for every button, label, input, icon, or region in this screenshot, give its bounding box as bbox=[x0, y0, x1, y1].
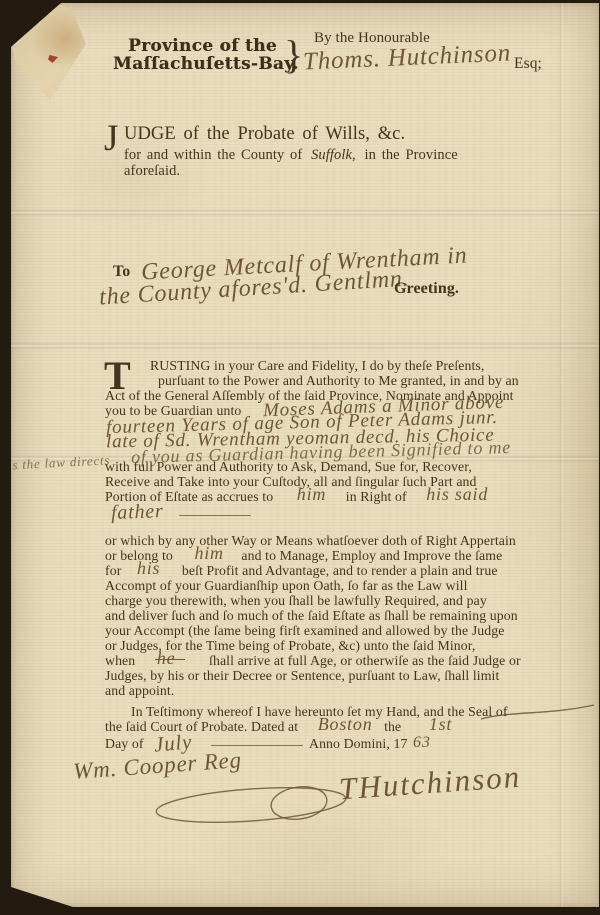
body2-line3-post: beſt Profit and Advantage, and to render… bbox=[182, 563, 498, 578]
county-name: Suffolk, bbox=[311, 147, 356, 163]
body2-line4: Accompt of your Guardianſhip upon Oath, … bbox=[105, 578, 468, 594]
to-label: To bbox=[113, 263, 130, 281]
testimony-line3-pre: Day of bbox=[105, 736, 144, 752]
province-line2: Maſſachuſetts-Bay. bbox=[113, 54, 299, 74]
fold-crease bbox=[11, 209, 599, 216]
body2-line9: when he ſhall arrive at full Age, or oth… bbox=[105, 653, 521, 669]
testimony-line3-post: Anno Domini, 17 63 bbox=[309, 736, 431, 752]
greeting-label: Greeting. bbox=[394, 280, 459, 298]
wax-seal-fragment bbox=[48, 54, 58, 63]
pen-dash bbox=[179, 515, 251, 516]
judge-line2-post: in the Province bbox=[365, 147, 458, 163]
body2-line9-post: ſhall arrive at full Age, or otherwiſe a… bbox=[209, 653, 521, 668]
body2-line2-post: and to Manage, Employ and Improve the ſa… bbox=[241, 548, 502, 563]
body-line7-mid: in Right of bbox=[346, 489, 407, 504]
body2-line10: Judges, by his or their Decree or Senten… bbox=[105, 668, 499, 684]
body2-line6: and deliver ſuch and ſo much of the ſaid… bbox=[105, 608, 518, 624]
body-line5: with full Power and Authority to Ask, De… bbox=[105, 459, 472, 475]
body2-line1: or which by any other Way or Means whatſ… bbox=[105, 533, 516, 549]
document-paper: Province of the Maſſachuſetts-Bay. } By … bbox=[11, 3, 599, 907]
pen-dash-month bbox=[211, 745, 303, 746]
folded-corner bbox=[12, 4, 108, 108]
judge-line1: UDGE of the Probate of Wills, &c. bbox=[124, 124, 405, 145]
body-line2: purſuant to the Power and Authority to M… bbox=[158, 373, 519, 389]
governor-signature: THutchinson bbox=[338, 759, 522, 808]
pen-flourish-date bbox=[479, 701, 599, 731]
header-brace: } bbox=[284, 31, 303, 78]
judge-line2: for and within the County of Suffolk, in… bbox=[124, 147, 458, 164]
father-script: father bbox=[111, 500, 164, 525]
testimony-line2-pre: the ſaid Court of Probate. Dated at bbox=[105, 719, 298, 734]
register-signature-flourish bbox=[151, 783, 351, 833]
esq-label: Esq; bbox=[514, 55, 542, 73]
register-signature: Wm. Cooper Reg bbox=[72, 747, 242, 785]
body2-line11: and appoint. bbox=[105, 683, 174, 699]
testimony-line2-the: the bbox=[384, 719, 401, 734]
body2-line3: for his beſt Profit and Advantage, and t… bbox=[105, 563, 498, 579]
he-script: he bbox=[155, 658, 186, 660]
body2-line9-pre: when bbox=[105, 653, 135, 668]
fold-crease-vertical bbox=[559, 3, 564, 907]
judge-line2-pre: for and within the County of bbox=[124, 147, 302, 163]
body2-line7: your Accompt (the ſame being firſt exami… bbox=[105, 623, 505, 639]
judge-drop-cap: J bbox=[104, 117, 119, 160]
judge-line3: aforeſaid. bbox=[124, 163, 180, 180]
anno-domini-print: Anno Domini, 17 bbox=[309, 736, 407, 751]
body2-line5: charge you therewith, when you ſhall be … bbox=[105, 593, 487, 609]
body-line6: Receive and Take into your Cuſtody, all … bbox=[105, 474, 477, 490]
province-line1: Province of the bbox=[128, 36, 277, 56]
body2-line3-pre: for bbox=[105, 563, 121, 578]
fold-crease bbox=[11, 342, 599, 349]
screenshot-root: { "colors": { "background": "#241b10", "… bbox=[0, 0, 600, 915]
body-line1: RUSTING in your Care and Fidelity, I do … bbox=[150, 358, 484, 374]
body2-line2: or belong to him and to Manage, Employ a… bbox=[105, 548, 502, 564]
margin-note-script: as the law directs bbox=[5, 452, 111, 473]
